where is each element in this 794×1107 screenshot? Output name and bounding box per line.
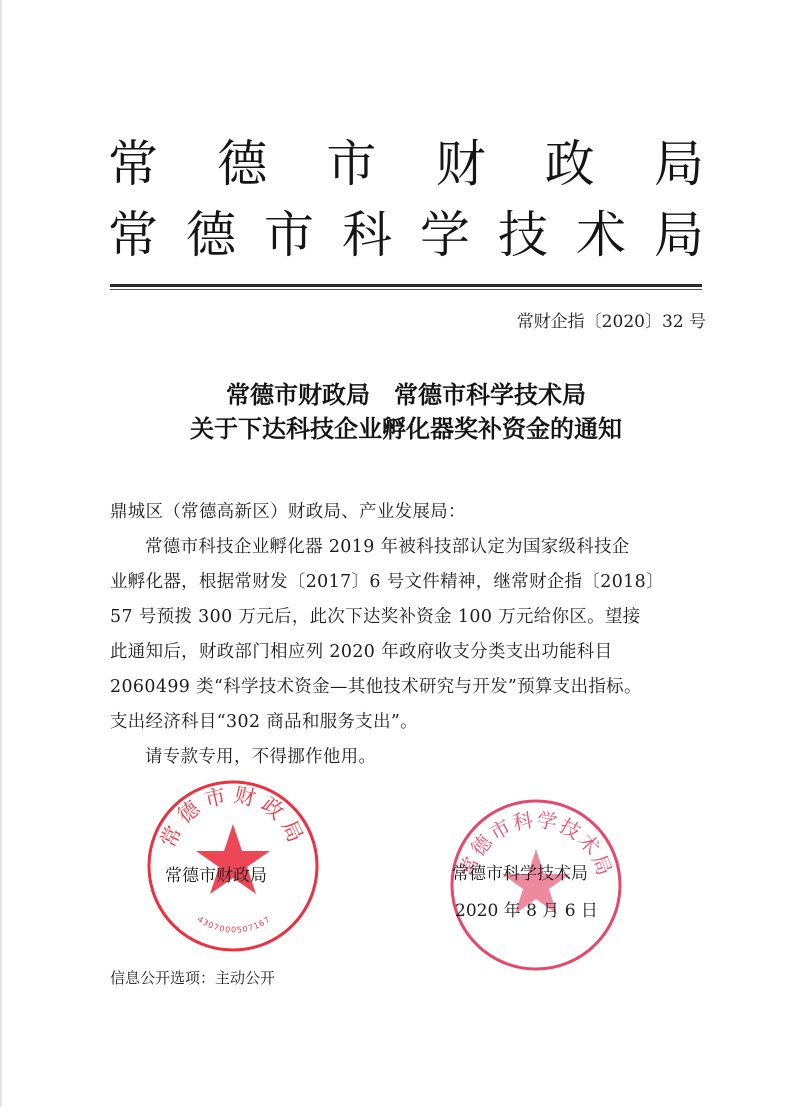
- header-char: 常: [108, 204, 158, 266]
- header-divider-thin: [110, 289, 702, 290]
- signer-science-bureau: 常德市科学技术局: [452, 862, 588, 886]
- header-char: 财: [436, 133, 486, 195]
- header-char: 德: [217, 133, 267, 195]
- header-authority-science: 常 德 市 科 学 技 术 局: [108, 204, 704, 266]
- header-char: 局: [654, 133, 704, 195]
- scan-edge: [0, 0, 2, 1107]
- paragraph-line: 此通知后，财政部门相应列 2020 年政府收支分类支出功能科目: [110, 636, 704, 668]
- paragraph-line: 常德市科技企业孵化器 2019 年被科技部认定为国家级科技企: [145, 531, 739, 563]
- header-char: 市: [326, 133, 376, 195]
- document-title-line-2: 关于下达科技企业孵化器奖补资金的通知: [100, 411, 712, 447]
- header-char: 市: [264, 204, 314, 266]
- svg-text:4307000507167: 4307000507167: [196, 915, 273, 935]
- header-char: 术: [576, 204, 626, 266]
- header-char: 技: [498, 204, 548, 266]
- header-char: 政: [545, 133, 595, 195]
- closing-line: 请专款专用，不得挪作他用。: [145, 741, 739, 773]
- addressee: 鼎城区（常德高新区）财政局、产业发展局：: [110, 496, 704, 528]
- signer-finance-bureau: 常德市财政局: [165, 864, 267, 888]
- header-char: 科: [342, 204, 392, 266]
- document-title-line-1: 常德市财政局 常德市科学技术局: [100, 377, 712, 413]
- paragraph-line: 业孵化器，根据常财发〔2017〕6 号文件精神，继常财企指〔2018〕: [110, 566, 704, 598]
- paragraph-line: 支出经济科目“302 商品和服务支出”。: [110, 706, 704, 738]
- header-char: 德: [186, 204, 236, 266]
- disclosure-option: 信息公开选项：主动公开: [110, 967, 275, 989]
- header-divider-thick: [110, 284, 702, 287]
- paragraph-line: 57 号预拨 300 万元后，此次下达奖补资金 100 万元给你区。望接: [110, 601, 704, 633]
- document-number: 常财企指〔2020〕32 号: [517, 309, 706, 335]
- header-authority-finance: 常 德 市 财 政 局: [108, 133, 704, 195]
- header-char: 学: [420, 204, 470, 266]
- paragraph-line: 2060499 类“科学技术资金—其他技术研究与开发”预算支出指标。: [110, 671, 704, 703]
- header-char: 常: [108, 133, 158, 195]
- issue-date: 2020 年 8 月 6 日: [455, 899, 598, 923]
- header-char: 局: [654, 204, 704, 266]
